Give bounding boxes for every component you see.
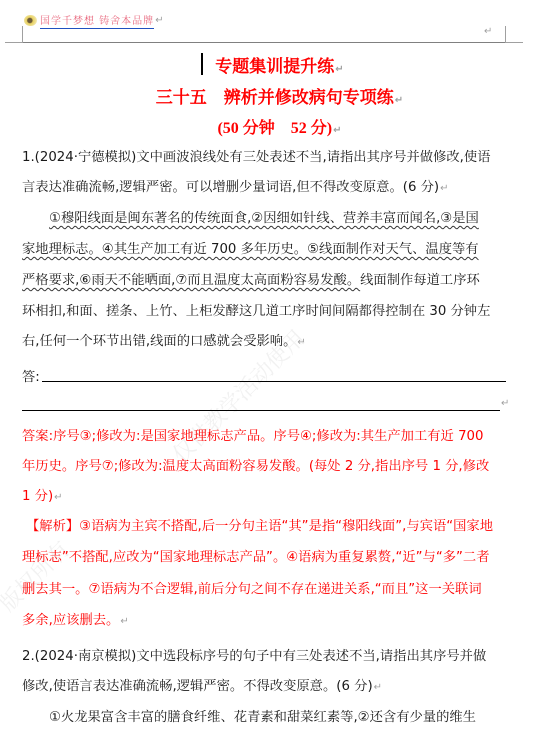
question-2-passage: ①火龙果富含丰富的膳食纤维、花青素和甜菜红素等,②还含有少量的维生	[49, 709, 476, 727]
analysis-text: 多余,应该删去。	[22, 613, 119, 628]
header-divider	[22, 42, 505, 43]
wavy-underlined-text: 严格要求,⑥雨天不能晒面,⑦而且温度太高面粉容易发酸。	[22, 273, 360, 288]
wavy-underlined-text: ①穆阳线面是闽东著名的传统面食,②因细如针线、营养丰富而闻名,③是国	[49, 211, 479, 226]
analysis: 【解析】③语病为主宾不搭配,后一分句主语“其”是指“穆阳线面”,与宾语“国家地	[26, 518, 493, 536]
paragraph-mark-icon: ↵	[395, 95, 403, 106]
question-2-stem: 2.(2024·南京模拟)文中选段标序号的句子中有三处表述不当,请指出其序号并做	[22, 648, 486, 666]
paragraph-mark-icon: ↵	[54, 492, 62, 503]
title-text: 专题集训提升练	[215, 57, 334, 77]
time-score-info: (50 分钟 52 分)↵	[0, 115, 559, 138]
answer-blank-line[interactable]	[42, 381, 506, 382]
paragraph-mark-icon: ↵	[501, 398, 509, 409]
paragraph-mark-icon: ↵	[335, 64, 343, 75]
answer-blank-line[interactable]	[22, 410, 500, 411]
answer-key: 1 分)↵	[22, 488, 63, 507]
margin-corner-mark	[5, 42, 23, 43]
answer-text: 1 分)	[22, 489, 53, 504]
margin-corner-mark	[22, 26, 23, 43]
paragraph-mark-icon: ↵	[333, 125, 341, 136]
passage-text: 右,任何一个环节出错,线面的口感就会受影响。	[22, 334, 296, 349]
analysis: 删去其一。⑦语病为不合逻辑,前后分句之间不存在递进关系,“而且”这一关联词	[22, 581, 482, 599]
question-1-passage: ①穆阳线面是闽东著名的传统面食,②因细如针线、营养丰富而闻名,③是国	[49, 210, 479, 228]
header-link[interactable]: 国学千梦想 铸舍本品牌	[40, 12, 154, 29]
subtitle-text: 三十五 辨析并修改病句专项练	[156, 88, 394, 108]
page-header: 国学千梦想 铸舍本品牌 ↵	[24, 11, 165, 29]
answer-key: 年历史。序号⑦;修改为:温度太高面粉容易发酸。(每处 2 分,指出序号 1 分,…	[22, 458, 489, 476]
analysis: 多余,应该删去。↵	[22, 612, 129, 631]
question-1-passage: 右,任何一个环节出错,线面的口感就会受影响。↵	[22, 333, 306, 352]
time-score-text: (50 分钟 52 分)	[217, 120, 332, 137]
sun-logo-icon	[24, 15, 37, 26]
paragraph-mark-icon: ↵	[484, 26, 492, 37]
stem-text: 修改,使语言表达准确流畅,逻辑严密。不得改变原意。(6 分)	[22, 679, 373, 694]
question-1-passage: 严格要求,⑥雨天不能晒面,⑦而且温度太高面粉容易发酸。线面制作每道工序环	[22, 272, 480, 290]
answer-key: 答案:序号③;修改为:是国家地理标志产品。序号④;修改为:其生产加工有近 700	[22, 428, 483, 446]
question-2-stem: 修改,使语言表达准确流畅,逻辑严密。不得改变原意。(6 分)↵	[22, 678, 382, 697]
stem-text: 言表达准确流畅,逻辑严密。可以增删少量词语,但不得改变原意。(6 分)	[22, 180, 439, 195]
watermark: 版权所有	[0, 533, 76, 617]
answer-label: 答:	[22, 366, 40, 385]
margin-corner-mark	[505, 42, 523, 43]
passage-text: 线面制作每道工序环	[360, 273, 480, 288]
page-title: 专题集训提升练↵	[0, 52, 559, 77]
paragraph-mark-icon: ↵	[374, 682, 382, 693]
question-1-passage: 环相扣,和面、搓条、上竹、上柜发酵这几道工序时间间隔都得控制在 30 分钟左	[22, 303, 490, 321]
paragraph-mark-icon: ↵	[440, 183, 448, 194]
margin-corner-mark	[505, 26, 506, 43]
question-1-passage: 家地理标志。④其生产加工有近 700 多年历史。⑤线面制作对天气、温度等有	[22, 241, 479, 259]
wavy-underlined-text: 家地理标志。④其生产加工有近 700 多年历史。⑤线面制作对天气、温度等有	[22, 242, 479, 257]
question-1-stem: 言表达准确流畅,逻辑严密。可以增删少量词语,但不得改变原意。(6 分)↵	[22, 179, 449, 198]
paragraph-mark-icon: ↵	[120, 616, 128, 627]
document-page: 仅供教学活动使用 版权所有 国学千梦想 铸舍本品牌 ↵ ↵ 专题集训提升练↵ 三…	[0, 0, 559, 750]
paragraph-mark-icon: ↵	[155, 15, 164, 26]
question-1-stem: 1.(2024·宁德模拟)文中画波浪线处有三处表述不当,请指出其序号并做修改,使…	[22, 149, 491, 167]
analysis: 理标志”不搭配,应改为“国家地理标志产品”。④语病为重复累赘,“近”与“多”二者	[22, 549, 490, 567]
page-subtitle: 三十五 辨析并修改病句专项练↵	[0, 83, 559, 108]
paragraph-mark-icon: ↵	[297, 337, 305, 348]
